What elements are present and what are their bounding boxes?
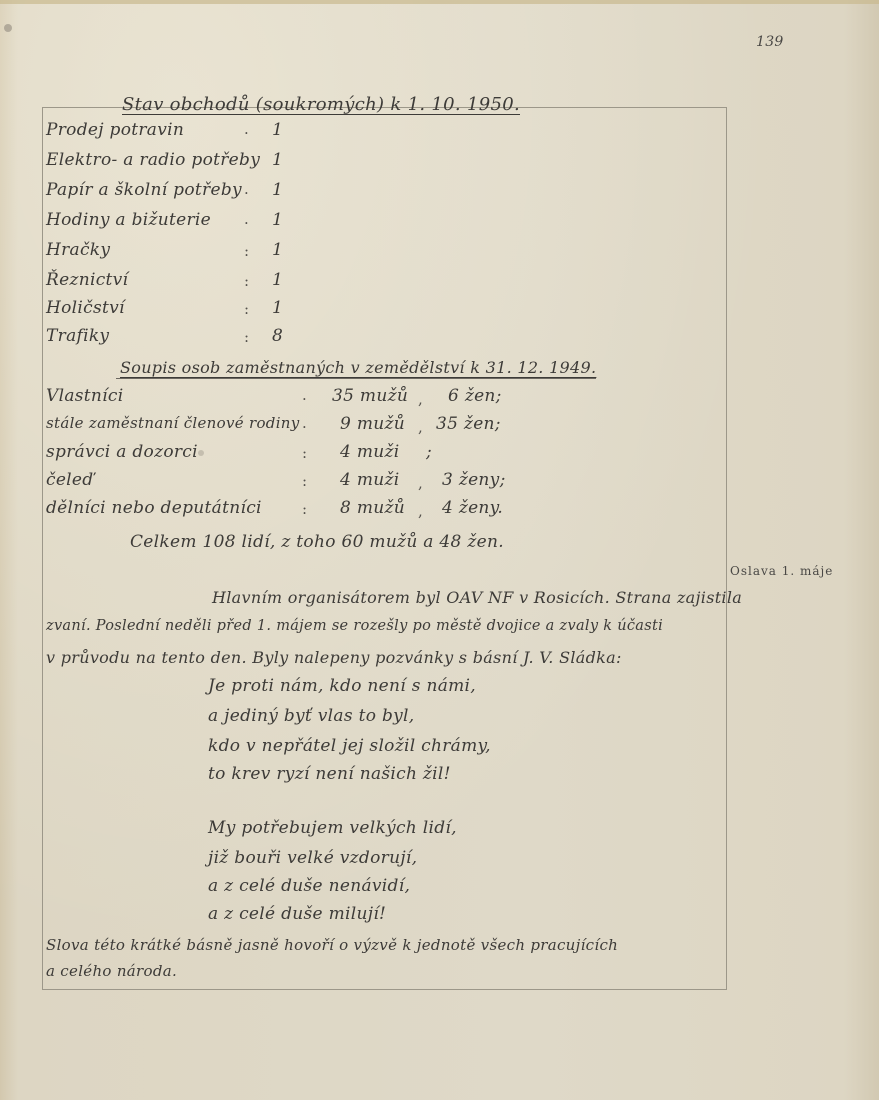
paragraph-line: a celého národa.: [46, 962, 177, 980]
shop-count: 1: [272, 298, 283, 318]
shop-label: Papír a školní potřeby: [46, 180, 242, 200]
scanned-page: 139 Stav obchodů (soukromých) k 1. 10. 1…: [0, 0, 879, 1100]
women-count: 6 žen;: [448, 386, 502, 406]
poem-line: kdo v nepřátel jej složil chrámy,: [208, 736, 491, 756]
paragraph-line: zvaní. Poslední neděli před 1. májem se …: [46, 618, 663, 634]
women-count: 3 ženy;: [442, 470, 506, 490]
poem-line: a z celé duše milují!: [208, 904, 386, 924]
paragraph-line: Hlavním organisátorem byl OAV NF v Rosic…: [212, 588, 742, 607]
heading-underline: [116, 378, 596, 379]
shop-count: 8: [272, 326, 283, 346]
category-label: čeleď: [46, 470, 93, 490]
page-top-edge: [0, 0, 879, 4]
agriculture-total: Celkem 108 lidí, z toho 60 mužů a 48 žen…: [130, 532, 504, 552]
men-count: 35 mužů: [332, 386, 408, 406]
shop-label: Elektro- a radio potřeby: [46, 150, 260, 170]
shop-count: 1: [272, 120, 283, 140]
category-label: správci a dozorci: [46, 442, 198, 462]
paragraph-line: Slova této krátké básně jasně hovoří o v…: [46, 936, 618, 954]
shop-label: Prodej potravin: [46, 120, 184, 140]
shop-label: Hračky: [46, 240, 110, 260]
men-count: 4 muži: [340, 470, 399, 490]
poem-line: a z celé duše nenávidí,: [208, 876, 410, 896]
shop-label: Hodiny a bižuterie: [46, 210, 211, 230]
agriculture-heading: Soupis osob zaměstnaných v zemědělství k…: [120, 358, 596, 377]
men-count: 9 mužů: [340, 414, 405, 434]
margin-note: Oslava 1. máje: [730, 564, 833, 578]
paragraph-line: v průvodu na tento den. Byly nalepeny po…: [46, 648, 622, 667]
men-count: 8 mužů: [340, 498, 405, 518]
shop-count: 1: [272, 210, 283, 230]
shop-count: 1: [272, 240, 283, 260]
men-count: 4 muži: [340, 442, 399, 462]
poem-line: již bouři velké vzdorují,: [208, 848, 417, 868]
shop-count: 1: [272, 180, 283, 200]
category-label: stále zaměstnaní členové rodiny: [46, 414, 300, 432]
page-number: 139: [756, 34, 784, 50]
poem-line: My potřebujem velkých lidí,: [208, 818, 457, 838]
shop-label: Holičství: [46, 298, 125, 318]
category-label: Vlastníci: [46, 386, 123, 406]
stain-spot: [4, 24, 12, 32]
shops-heading: Stav obchodů (soukromých) k 1. 10. 1950.: [122, 94, 520, 115]
poem-line: a jediný byť vlas to byl,: [208, 706, 414, 726]
shop-count: 1: [272, 150, 283, 170]
shop-label: Řeznictví: [46, 270, 128, 290]
shop-count: 1: [272, 270, 283, 290]
poem-line: Je proti nám, kdo není s námi,: [208, 676, 476, 696]
category-label: dělníci nebo deputátníci: [46, 498, 262, 518]
women-count: ;: [426, 442, 432, 462]
women-count: 4 ženy.: [442, 498, 503, 518]
women-count: 35 žen;: [436, 414, 501, 434]
shop-label: Trafiky: [46, 326, 109, 346]
poem-line: to krev ryzí není našich žil!: [208, 764, 451, 784]
